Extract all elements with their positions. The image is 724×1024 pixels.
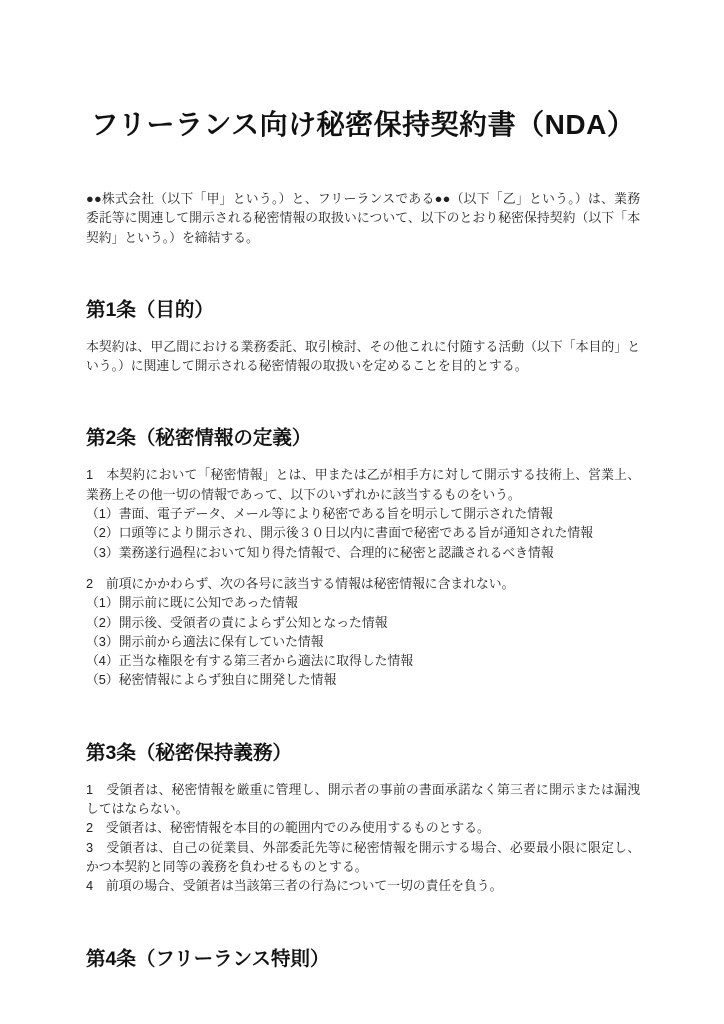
article-1-heading: 第1条（目的）: [86, 296, 640, 324]
article-3-heading: 第3条（秘密保持義務）: [86, 739, 640, 767]
article-2-paragraph-1: 1 本契約において「秘密情報」とは、甲または乙が相手方に対して開示する技術上、営…: [86, 465, 640, 561]
article-2-paragraph-2: 2 前項にかかわらず、次の各号に該当する情報は秘密情報に含まれない。 （1）開示…: [86, 574, 640, 690]
document-title: フリーランス向け秘密保持契約書（NDA）: [86, 104, 640, 145]
article-2-heading: 第2条（秘密情報の定義）: [86, 424, 640, 452]
article-1: 第1条（目的） 本契約は、甲乙間における業務委託、取引検討、その他これに付随する…: [86, 296, 640, 376]
document-page: フリーランス向け秘密保持契約書（NDA） ●●株式会社（以下「甲」という。）と、…: [0, 0, 724, 1024]
article-4: 第4条（フリーランス特則）: [86, 945, 640, 973]
article-1-paragraph: 本契約は、甲乙間における業務委託、取引検討、その他これに付随する活動（以下「本目…: [86, 337, 640, 376]
article-2: 第2条（秘密情報の定義） 1 本契約において「秘密情報」とは、甲または乙が相手方…: [86, 424, 640, 689]
article-3: 第3条（秘密保持義務） 1 受領者は、秘密情報を厳重に管理し、開示者の事前の書面…: [86, 739, 640, 896]
intro-paragraph: ●●株式会社（以下「甲」という。）と、フリーランスである●●（以下「乙」という。…: [86, 189, 640, 247]
article-4-heading: 第4条（フリーランス特則）: [86, 945, 640, 973]
article-3-paragraph: 1 受領者は、秘密情報を厳重に管理し、開示者の事前の書面承諾なく第三者に開示また…: [86, 780, 640, 896]
